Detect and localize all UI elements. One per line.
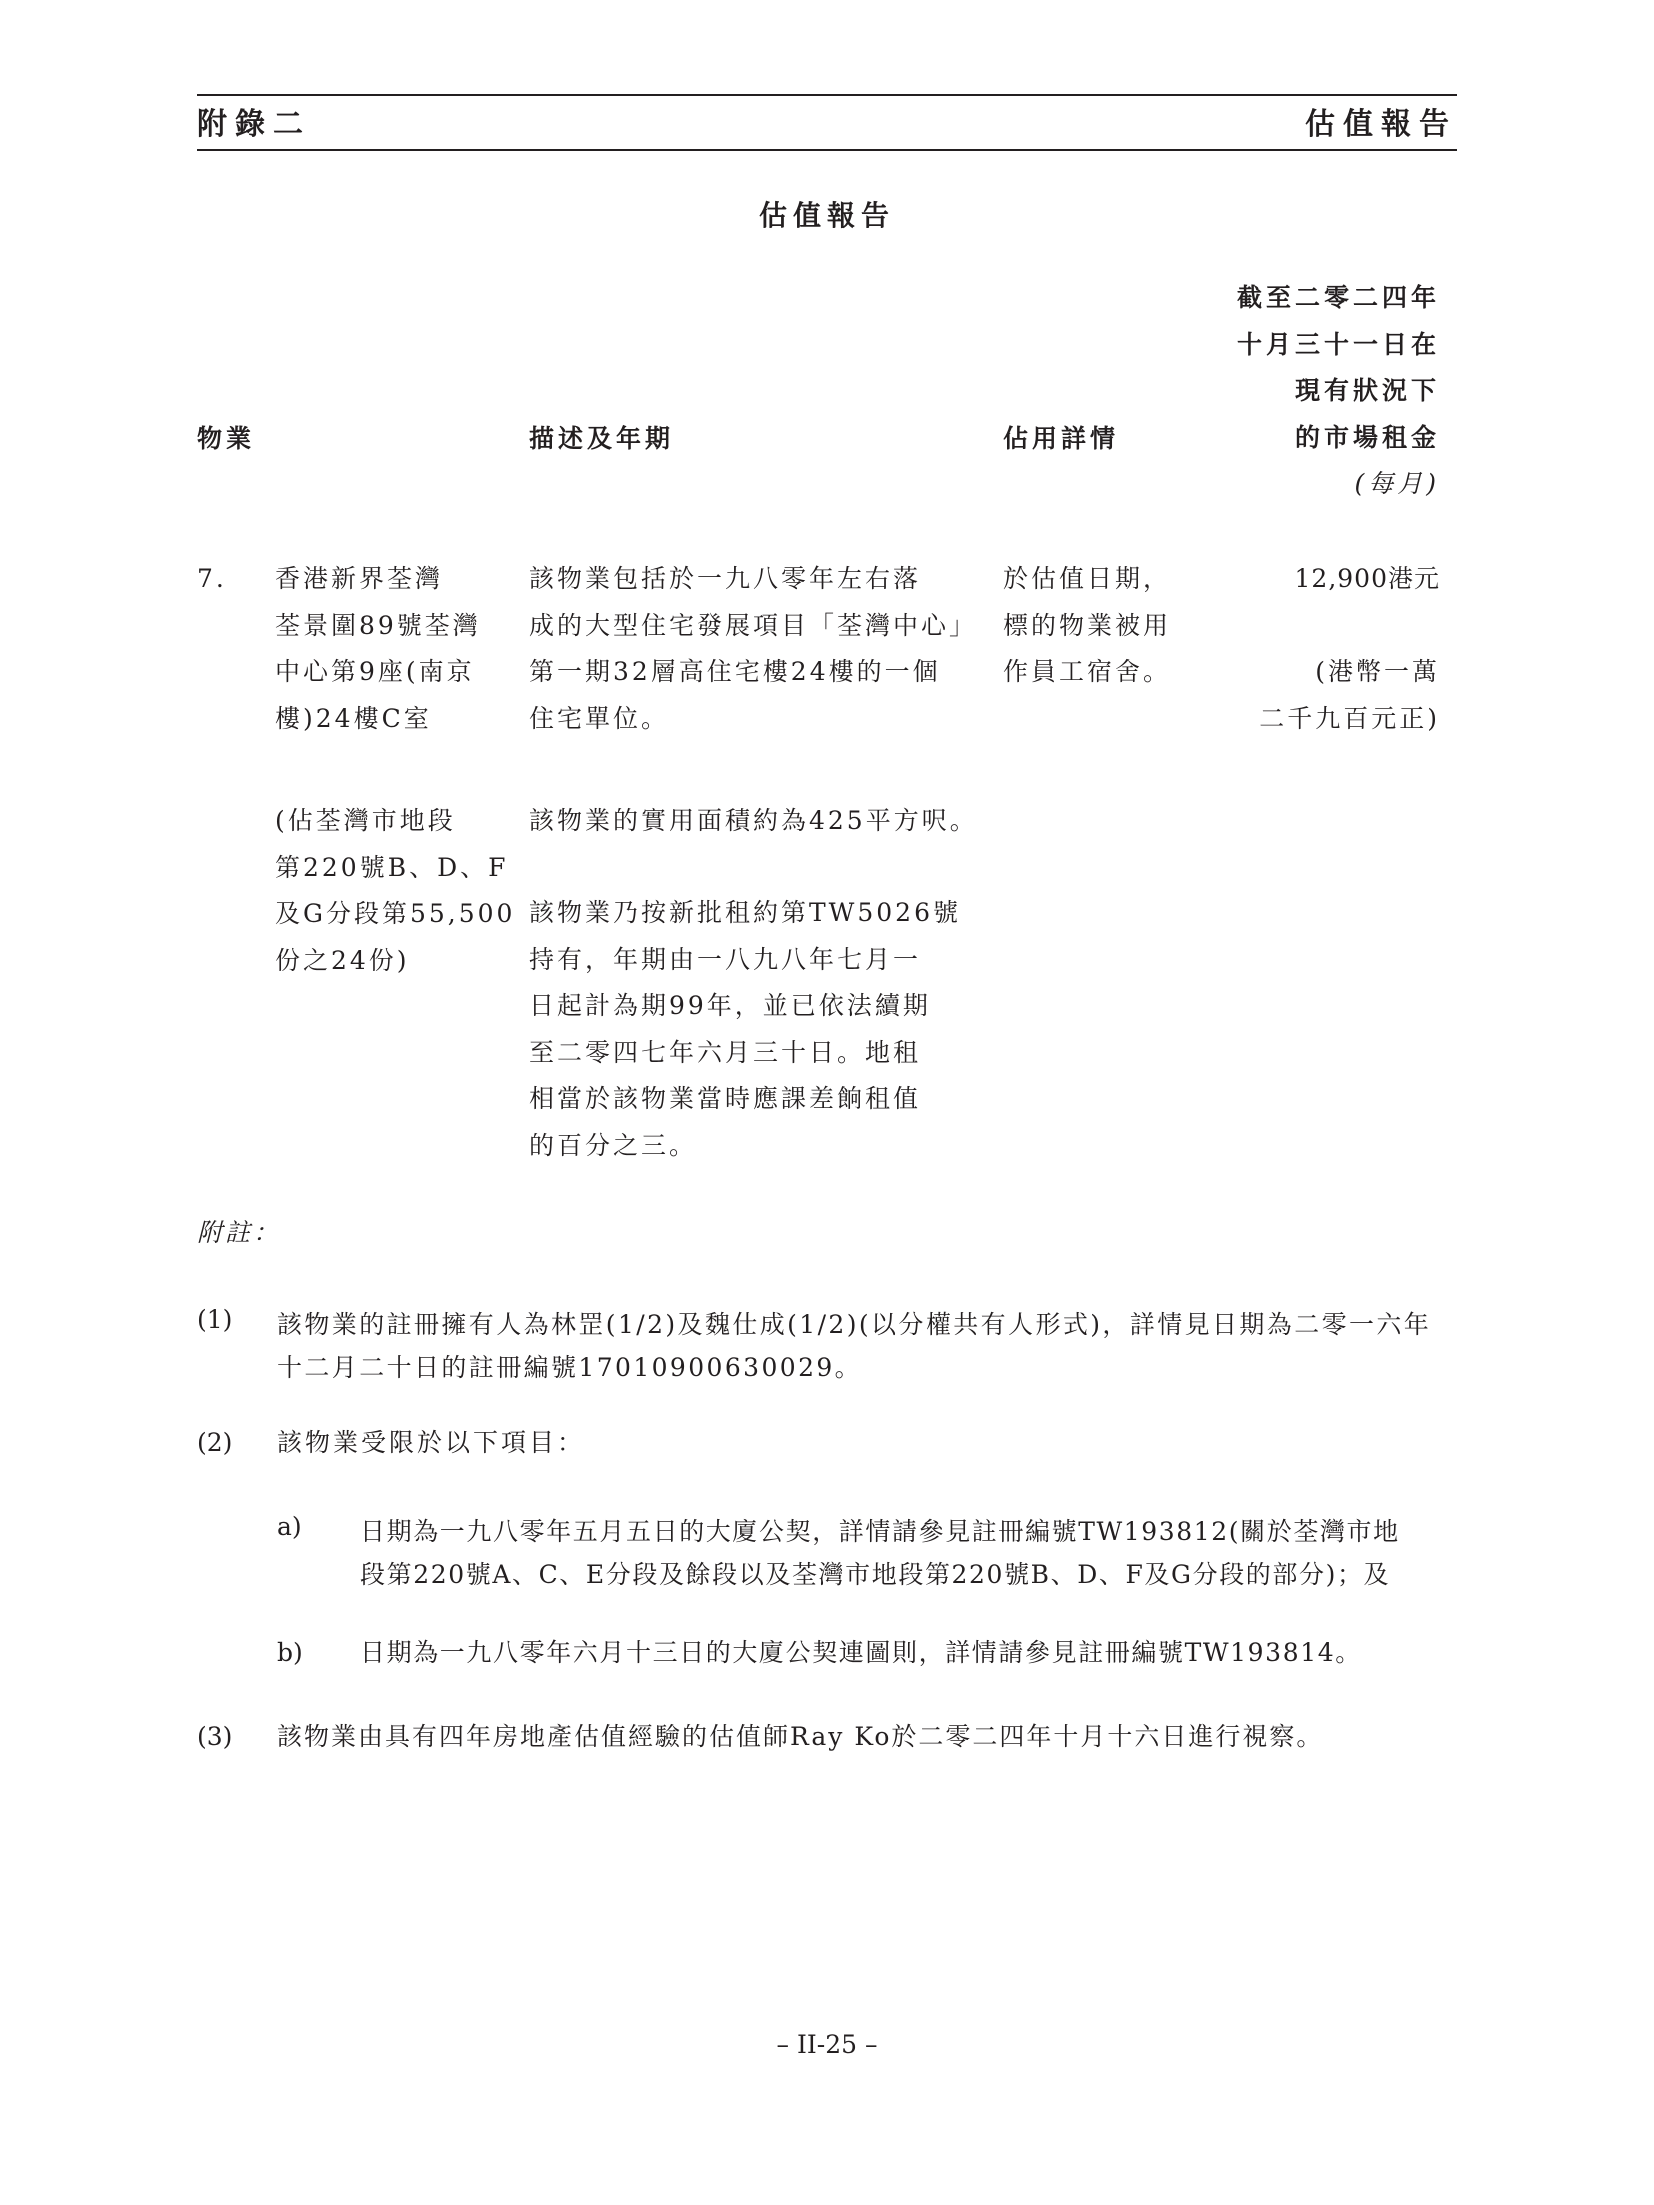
property-address: 香港新界荃灣 荃景圍89號荃灣 中心第9座(南京 樓)24樓C室 bbox=[275, 556, 481, 742]
col-header-description: 描述及年期 bbox=[529, 422, 674, 456]
subnote-label: b) bbox=[277, 1636, 303, 1670]
rent-unit: (每月) bbox=[1237, 461, 1440, 508]
section-label: 估值報告 bbox=[1305, 105, 1457, 145]
rent-header-line: 現有狀況下 bbox=[1237, 368, 1440, 415]
occupancy-details: 於估值日期， 標的物業被用 作員工宿舍。 bbox=[1003, 556, 1171, 696]
note-text: 該物業的註冊擁有人為林罡(1/2)及魏仕成(1/2)(以分權共有人形式)，詳情見… bbox=[277, 1303, 1431, 1389]
col-header-occupancy: 佔用詳情 bbox=[1003, 422, 1119, 456]
page-title: 估值報告 bbox=[0, 196, 1654, 236]
subnote-label: a) bbox=[277, 1510, 302, 1544]
rent-words-line: (港幣一萬 bbox=[1259, 649, 1440, 696]
description-paragraph-2: 該物業的實用面積約為425平方呎。 bbox=[529, 798, 978, 845]
notes-heading: 附註： bbox=[197, 1216, 281, 1250]
note-text: 該物業由具有四年房地產估值經驗的估值師Ray Ko於二零二四年十月十六日進行視察… bbox=[277, 1720, 1323, 1754]
rent-header-line: 截至二零二四年 bbox=[1237, 275, 1440, 322]
note-text: 該物業受限於以下項目： bbox=[277, 1426, 585, 1460]
description-paragraph-1: 該物業包括於一九八零年左右落 成的大型住宅發展項目「荃灣中心」 第一期32層高住… bbox=[529, 556, 977, 742]
row-number: 7. bbox=[197, 562, 227, 596]
rent-header-line: 十月三十一日在 bbox=[1237, 322, 1440, 369]
description-paragraph-3: 該物業乃按新批租約第TW5026號 持有，年期由一八九八年七月一 日起計為期99… bbox=[529, 890, 961, 1169]
note-label: (1) bbox=[197, 1303, 232, 1337]
rent-header-line: 的市場租金 bbox=[1237, 415, 1440, 462]
note-label: (3) bbox=[197, 1720, 232, 1754]
col-header-property: 物業 bbox=[197, 422, 255, 456]
subnote-text: 日期為一九八零年五月五日的大廈公契，詳情請參見註冊編號TW193812(關於荃灣… bbox=[360, 1510, 1400, 1596]
property-lot-share: (佔荃灣市地段 第220號B、D、F 及G分段第55,500 份之24份) bbox=[275, 798, 515, 984]
col-header-market-rent: 截至二零二四年 十月三十一日在 現有狀況下 的市場租金 (每月) bbox=[1237, 275, 1440, 508]
header-bottom-rule bbox=[197, 149, 1457, 151]
subnote-text: 日期為一九八零年六月十三日的大廈公契連圖則，詳情請參見註冊編號TW193814。 bbox=[360, 1636, 1362, 1670]
page-number: – II-25 – bbox=[0, 2028, 1654, 2062]
rent-value: 12,900港元 bbox=[1259, 556, 1440, 603]
note-label: (2) bbox=[197, 1426, 232, 1460]
market-rent: 12,900港元 (港幣一萬 二千九百元正) bbox=[1259, 556, 1440, 742]
appendix-label: 附錄二 bbox=[197, 105, 311, 145]
header-top-rule bbox=[197, 94, 1457, 96]
rent-words-line: 二千九百元正) bbox=[1259, 696, 1440, 743]
